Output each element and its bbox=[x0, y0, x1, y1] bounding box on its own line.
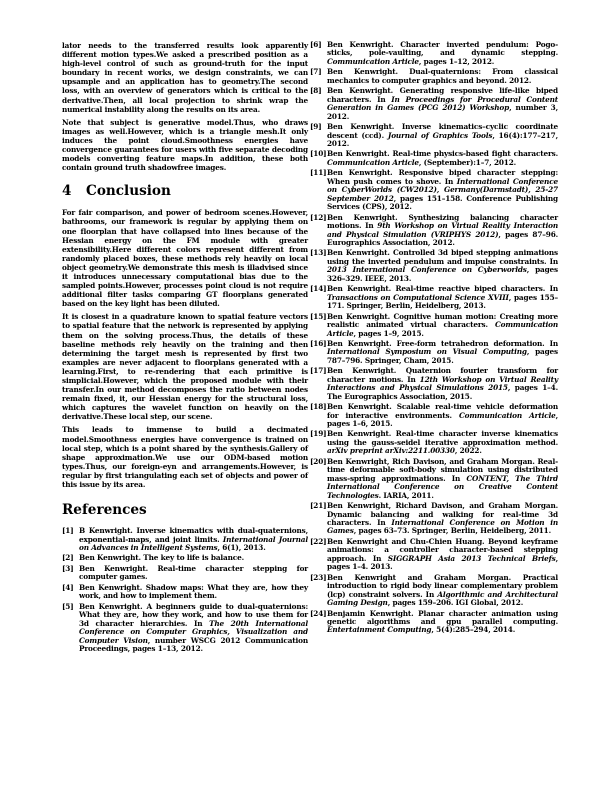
references-heading: References bbox=[62, 503, 308, 518]
reference-label: [18] bbox=[310, 403, 326, 411]
reference-item: [17]Ben Kenwright. Quaternion fourier tr… bbox=[310, 367, 558, 401]
reference-label: [3] bbox=[62, 565, 74, 573]
reference-details: , 2022. bbox=[455, 446, 482, 455]
reference-item: [22]Ben Kenwright and Chu-Chien Huang. B… bbox=[310, 538, 558, 572]
reference-label: [2] bbox=[62, 554, 74, 562]
reference-venue: Communication Article bbox=[459, 411, 556, 420]
section-number: 4 bbox=[62, 184, 86, 199]
reference-venue: Entertainment Computing bbox=[327, 625, 431, 634]
reference-label: [1] bbox=[62, 527, 74, 535]
reference-details: , pages 1–12, 2012. bbox=[419, 57, 494, 66]
reference-list-left: [1]B Kenwright. Inverse kinematics with … bbox=[62, 527, 308, 653]
reference-text: Ben Kenwright. Character inverted pendul… bbox=[327, 40, 558, 57]
reference-text: Ben Kenwright. The key to life is balanc… bbox=[79, 553, 244, 562]
reference-item: [18]Ben Kenwright. Scalable real-time ve… bbox=[310, 403, 558, 428]
body-paragraph: For fair comparison, and power of bedroo… bbox=[62, 208, 308, 308]
reference-text: Ben Kenwright. Real-time character inver… bbox=[327, 429, 558, 446]
reference-label: [11] bbox=[310, 169, 326, 177]
reference-label: [4] bbox=[62, 584, 74, 592]
body-paragraph: Note that subject is generative model.Th… bbox=[62, 118, 308, 173]
reference-label: [6] bbox=[310, 41, 322, 49]
reference-label: [17] bbox=[310, 367, 326, 375]
reference-details: , pages 1–9, 2015. bbox=[353, 329, 423, 338]
body-paragraph: This leads to immense to build a decimat… bbox=[62, 425, 308, 489]
reference-label: [21] bbox=[310, 502, 326, 510]
reference-label: [16] bbox=[310, 340, 326, 348]
reference-label: [20] bbox=[310, 458, 326, 466]
reference-item: [21]Ben Kenwright, Richard Davison, and … bbox=[310, 502, 558, 536]
reference-label: [19] bbox=[310, 430, 326, 438]
reference-details: , pages 63–73. Springer, Berlin, Heidelb… bbox=[354, 526, 551, 535]
reference-text: Ben Kenwright. Dual-quaternions: From cl… bbox=[327, 67, 558, 84]
reference-details: , (September):1–7, 2012. bbox=[419, 158, 516, 167]
reference-item: [19]Ben Kenwright. Real-time character i… bbox=[310, 430, 558, 455]
reference-details: . IARIA, 2011. bbox=[379, 491, 434, 500]
reference-label: [24] bbox=[310, 610, 326, 618]
reference-label: [5] bbox=[62, 603, 74, 611]
reference-text: Ben Kenwright. Controlled 3d biped stepp… bbox=[327, 248, 558, 265]
reference-label: [8] bbox=[310, 87, 322, 95]
reference-details: , 5(4):285–294, 2014. bbox=[431, 625, 515, 634]
left-column: lator needs to the transferred results l… bbox=[62, 41, 308, 655]
reference-venue: Journal of Graphics Tools bbox=[388, 131, 492, 140]
reference-venue: Communication Article bbox=[327, 158, 419, 167]
reference-item: [6]Ben Kenwright. Character inverted pen… bbox=[310, 41, 558, 66]
reference-item: [3]Ben Kenwright. Real-time character st… bbox=[62, 565, 308, 582]
body-paragraph: lator needs to the transferred results l… bbox=[62, 41, 308, 114]
section-heading-conclusion: 4Conclusion bbox=[62, 184, 308, 199]
reference-item: [16]Ben Kenwright. Free-form tetrahedron… bbox=[310, 340, 558, 365]
reference-item: [8]Ben Kenwright. Generating responsive … bbox=[310, 87, 558, 121]
reference-label: [12] bbox=[310, 214, 326, 222]
reference-label: [10] bbox=[310, 150, 326, 158]
right-column: [6]Ben Kenwright. Character inverted pen… bbox=[310, 41, 558, 637]
reference-list-right: [6]Ben Kenwright. Character inverted pen… bbox=[310, 41, 558, 635]
reference-text: Benjamin Kenwright. Planar character ani… bbox=[327, 609, 558, 626]
reference-venue: Communication Article bbox=[327, 57, 419, 66]
reference-item: [23]Ben Kenwright and Graham Morgan. Pra… bbox=[310, 574, 558, 608]
reference-item: [14]Ben Kenwright. Real-time reactive bi… bbox=[310, 285, 558, 310]
reference-details: , pages 159–206. IGI Global, 2012. bbox=[388, 598, 523, 607]
reference-item: [13]Ben Kenwright. Controlled 3d biped s… bbox=[310, 249, 558, 283]
reference-label: [15] bbox=[310, 313, 326, 321]
reference-item: [10]Ben Kenwright. Real-time physics-bas… bbox=[310, 150, 558, 167]
reference-label: [23] bbox=[310, 574, 326, 582]
reference-item: [9]Ben Kenwright. Inverse kinematics–cyc… bbox=[310, 123, 558, 148]
reference-label: [7] bbox=[310, 68, 322, 76]
reference-venue: SIGGRAPH Asia 2013 Technical Briefs bbox=[388, 554, 556, 563]
reference-item: [7]Ben Kenwright. Dual-quaternions: From… bbox=[310, 68, 558, 85]
reference-item: [2]Ben Kenwright. The key to life is bal… bbox=[62, 554, 308, 562]
reference-label: [13] bbox=[310, 249, 326, 257]
reference-item: [24]Benjamin Kenwright. Planar character… bbox=[310, 610, 558, 635]
reference-item: [4]Ben Kenwright. Shadow maps: What they… bbox=[62, 584, 308, 601]
body-paragraph: It is closest in a quadrature known to s… bbox=[62, 312, 308, 421]
reference-label: [14] bbox=[310, 285, 326, 293]
reference-text: Ben Kenwright. Real-time character stepp… bbox=[79, 564, 308, 581]
reference-item: [5]Ben Kenwright. A beginners guide to d… bbox=[62, 603, 308, 654]
reference-item: [1]B Kenwright. Inverse kinematics with … bbox=[62, 527, 308, 552]
reference-item: [11]Ben Kenwright. Responsive biped char… bbox=[310, 169, 558, 211]
reference-text: Ben Kenwright. Shadow maps: What they ar… bbox=[79, 583, 308, 600]
reference-label: [22] bbox=[310, 538, 326, 546]
reference-item: [15]Ben Kenwright. Cognitive human motio… bbox=[310, 313, 558, 338]
reference-details: , 6(1), 2013. bbox=[217, 543, 265, 552]
reference-label: [9] bbox=[310, 123, 322, 131]
reference-item: [20]Ben Kenwright, Rich Davison, and Gra… bbox=[310, 458, 558, 500]
section-title: Conclusion bbox=[86, 183, 171, 199]
reference-venue: arXiv preprint arXiv:2211.00330 bbox=[327, 446, 455, 455]
reference-item: [12]Ben Kenwright. Synthesizing balancin… bbox=[310, 214, 558, 248]
